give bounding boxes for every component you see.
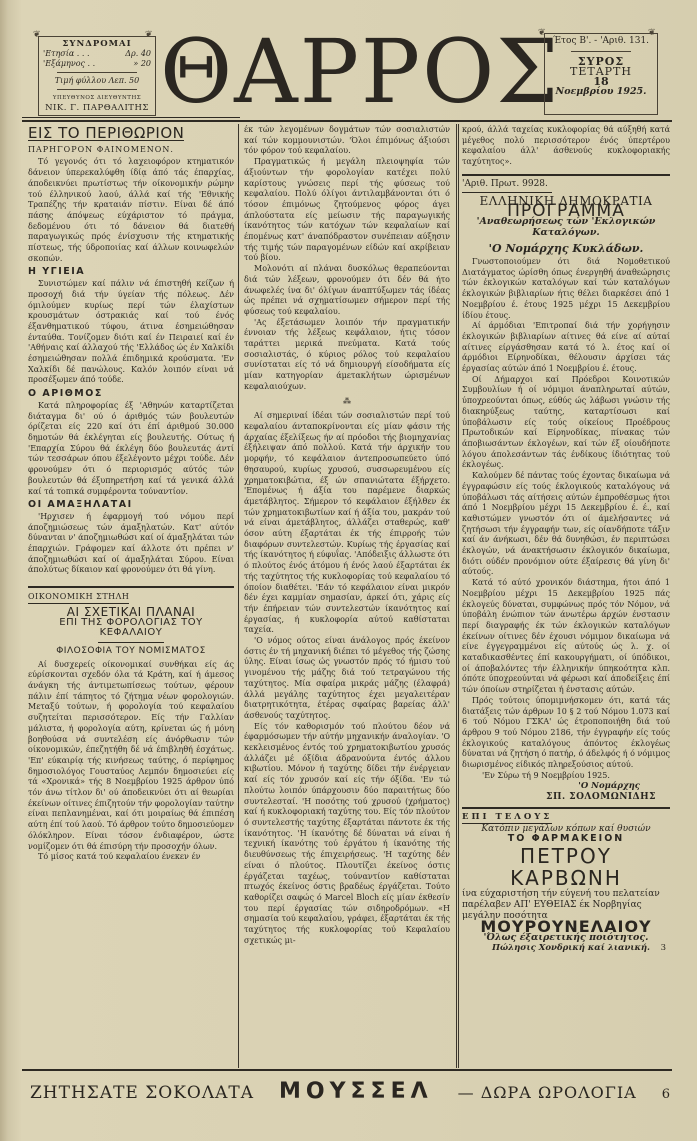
month-year: Νοεμβρίου 1925. [549, 87, 653, 97]
article-paragraph: Τό γεγονός ότι τό λαχειοφόρον κτηματικόν… [28, 157, 234, 264]
issue-info-box: Έτος Β'. - 'Αριθ. 131. ΣΥΡΟΣ ΤΕΤΑΡΤΗ 18 … [544, 33, 658, 115]
section-heading-number: Ο ΑΡΙΘΜΟΣ [28, 389, 234, 400]
subscription-label: 'Ετησία . . . [43, 49, 90, 59]
subscription-box: ΣΥΝΔΡΟΜΑΙ 'Ετησία . . . Δρ. 40 'Εξάμηνος… [38, 36, 156, 116]
banner-brand: ΜΟΥΣΣΕΛ [279, 1079, 433, 1104]
decree-paragraph: Γνωστοποιούμεν ότι διά Νομοθετικού Διατά… [462, 257, 670, 321]
editor-name: ΝΙΚ. Γ. ΠΑΡΘΑΛΙΤΗΣ [43, 103, 151, 113]
footer-rule [22, 1069, 672, 1071]
article-paragraph: Συνιστώμεν καί πάλιν νά έπιστηθή κείζων … [28, 279, 234, 386]
decree-paragraph: Κατά τό αύτό χρονικόν διάστημα, ήτοι άπό… [462, 578, 670, 696]
article-paragraph: Αί σημεριναί ίδέαι τών σοσιαλιστών περί … [244, 411, 450, 636]
economic-title: ΕΠΙ ΤΗΣ ΦΟΡΟΛΟΓΙΑΣ ΤΟΥ ΚΕΦΑΛΑΙΟΥ [28, 618, 234, 639]
divider [462, 192, 552, 193]
ad-sale-text: Πώλησις Χονδρική καί λιανική. [492, 943, 650, 954]
article-paragraph: Πραγματικώς ή μεγάλη πλειοψηφία τών άξιο… [244, 157, 450, 264]
signature-name: ΣΠ. ΣΟΛΟΜΩΝΙΔΗΣ [462, 792, 670, 803]
subscription-value: Δρ. 40 [125, 49, 151, 59]
decree-paragraph: Πρός τούτοις ύπομιμνήσκομεν ότι, κατά τά… [462, 696, 670, 771]
rule [22, 117, 240, 118]
issue-price: Τιμή φύλλου Λεπ. 50 [43, 76, 151, 86]
economic-column-label: ΟΙΚΟΝΟΜΙΚΗ ΣΤΗΛΗ [28, 592, 129, 604]
article-paragraph: κρού, άλλά ταχείας κυκλοφορίας θά αύξηθή… [462, 125, 670, 168]
section-heading-health: Η ΥΓΙΕΙΑ [28, 267, 234, 278]
year-and-number: Έτος Β'. - 'Αριθ. 131. [549, 36, 653, 46]
economic-title: ΑΙ ΣΧΕΤΙΚΑΙ ΠΛΑΝΑΙ [28, 607, 234, 618]
divider [57, 72, 137, 73]
section-divider [462, 174, 670, 176]
subscription-value: » 20 [133, 59, 151, 69]
article-paragraph: Αί δυσχερείς οίκονομικαί συνθήκαι είς άς… [28, 660, 234, 853]
ad-heading: ΕΠΙ ΤΕΛΟΥΣ [462, 812, 552, 824]
article-paragraph: 'Ηρχισεν ή έφαρμογή τού νόμου περί άποζη… [28, 512, 234, 576]
newspaper-title: ΘΑΡΡΟΣ [160, 26, 540, 118]
decree-date: 'Εν Σύρω τή 9 Νοεμβρίου 1925. [462, 771, 670, 782]
masthead-rule [22, 120, 672, 122]
article-subheading: ΠΑΡΗΓΟΡΟΝ ΦΑΙΝΟΜΕΝΟΝ. [28, 145, 234, 156]
protocol-number: 'Αριθ. Πρωτ. 9928. [462, 179, 670, 190]
section-divider [462, 807, 670, 809]
article-paragraph: Τό μίσος κατά τού κεφαλαίου ένεκεν έν [28, 852, 234, 863]
column-2: έκ τών λεγομένων δογμάτων τών σοσιαλιστώ… [244, 125, 450, 946]
ad-quality: 'Όλως έξαιρετικής ποιότητος. [462, 933, 670, 944]
newspaper-page: ❦ ❦ ΣΥΝΔΡΟΜΑΙ 'Ετησία . . . Δρ. 40 'Εξάμ… [0, 0, 697, 1141]
decree-subtitle: 'Αναθεωρήσεως τών 'Εκλογικών Καταλόγων. [462, 217, 670, 238]
decree-paragraph: Καλούμεν δέ πάντας τούς έχοντας δικαίωμα… [462, 471, 670, 578]
article-paragraph: 'Ας έξετάσωμεν λοιπόν τήν πραγματικήν έν… [244, 318, 450, 393]
subscriptions-heading: ΣΥΝΔΡΟΜΑΙ [43, 39, 151, 49]
banner-number: 6 [662, 1087, 670, 1102]
column-1: ΕΙΣ ΤΟ ΠΕΡΙΘΩΡΙΟΝ ΠΑΡΗΓΟΡΟΝ ΦΑΙΝΟΜΕΝΟΝ. … [28, 125, 234, 863]
column-3: κρού, άλλά ταχείας κυκλοφορίας θά αύξηθή… [462, 125, 670, 954]
column-divider [456, 124, 457, 1068]
article-paragraph: 'Ο νόμος ούτος είναι άνάλογος πρός έκείν… [244, 636, 450, 722]
subscription-label: 'Εξάμηνος . . [43, 59, 95, 69]
chocolate-banner-ad: ΖΗΤΗΣΑΤΕ ΣΟΚΟΛΑΤΑ ΜΟΥΣΣΕΛ — ΔΩΡΑ ΩΡΟΛΟΓΙ… [30, 1079, 670, 1104]
section-heading: ΕΙΣ ΤΟ ΠΕΡΙΘΩΡΙΟΝ [28, 128, 184, 141]
editor-label: ΥΠΕΥΘΥΝΟΣ ΔΙΕΥΘΥΝΤΗΣ [43, 93, 151, 103]
article-paragraph: Κατά πληροφορίας έξ 'Αθηνών καταρτίζεται… [28, 401, 234, 497]
banner-text: ΖΗΤΗΣΑΤΕ ΣΟΚΟΛΑΤΑ [30, 1083, 254, 1103]
ad-owner-name: ΠΕΤΡΟΥ ΚΑΡΒΩΝΗ [462, 845, 670, 889]
article-paragraph: έκ τών λεγομένων δογμάτων τών σοσιαλιστώ… [244, 125, 450, 157]
section-heading-coachmen: ΟΙ ΑΜΑΞΗΛΑΤΑΙ [28, 500, 234, 511]
divider [57, 89, 137, 90]
section-break-icon: ⁂ [244, 397, 450, 408]
economic-subtitle: ΦΙΛΟΣΟΦΙΑ ΤΟΥ ΝΟΜΙΣΜΑΤΟΣ [28, 646, 234, 657]
section-divider [28, 586, 234, 588]
banner-text: — ΔΩΡΑ ΩΡΟΛΟΓΙΑ [458, 1083, 637, 1102]
article-paragraph: Είς τόν καθορισμόν τού πλούτου δέον νά έ… [244, 722, 450, 947]
article-paragraph: Μολονότι αί πλάναι δυσκόλως θεραπεύονται… [244, 264, 450, 318]
prefect-heading: 'Ο Νομάρχης Κυκλάδων. [462, 244, 670, 255]
divider [571, 51, 631, 52]
divider [98, 642, 164, 643]
ad-number: 3 [661, 943, 666, 954]
ad-sale-line: Πώλησις Χονδρική καί λιανική. 3 [462, 943, 670, 954]
subscription-row: 'Ετησία . . . Δρ. 40 [43, 49, 151, 59]
subscription-row: 'Εξάμηνος . . » 20 [43, 59, 151, 69]
pharmacy-advertisement: ΕΠΙ ΤΕΛΟΥΣ Κατόπιν μεγάλων κόπων καί θυσ… [462, 812, 670, 954]
column-divider [238, 124, 239, 1068]
decree-paragraph: Οί Δήμαρχοι καί Πρόεδροι Κοινοτικών Συμβ… [462, 375, 670, 471]
signature-title: 'Ο Νομάρχης [462, 781, 670, 792]
decree-paragraph: Αί άρμόδιαι 'Επιτροπαί διά τήν χορήγησιν… [462, 321, 670, 375]
column-divider [458, 124, 459, 1068]
